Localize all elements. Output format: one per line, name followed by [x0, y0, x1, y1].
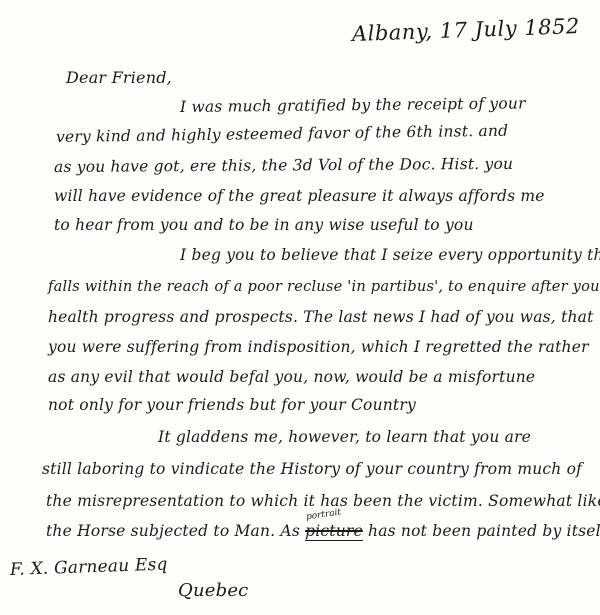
letter-line: to hear from you and to be in any wise u… — [54, 216, 474, 234]
letter-line: the misrepresentation to which it has be… — [46, 492, 600, 510]
letter-line: health progress and prospects. The last … — [48, 308, 594, 326]
addressee-place: Quebec — [178, 580, 248, 601]
handwritten-letter-page: Albany, 17 July 1852 Dear Friend, I was … — [0, 0, 600, 615]
letter-line: still laboring to vindicate the History … — [42, 460, 582, 478]
letter-line: as any evil that would befal you, now, w… — [48, 368, 535, 386]
dateline: Albany, 17 July 1852 — [352, 14, 581, 46]
letter-line: It gladdens me, however, to learn that y… — [158, 428, 531, 446]
letter-line: not only for your friends but for your C… — [48, 396, 416, 414]
letter-line-start: the Horse subjected to Man. As — [46, 522, 300, 540]
letter-line-tail: has not been painted by itself — [368, 522, 600, 540]
letter-line: you were suffering from indisposition, w… — [48, 338, 589, 356]
letter-line: as you have got, ere this, the 3d Vol of… — [54, 155, 513, 176]
letter-line-final: the Horse subjected to Man. As picture h… — [46, 522, 600, 540]
salutation: Dear Friend, — [66, 68, 172, 87]
letter-line: very kind and highly esteemed favor of t… — [56, 122, 508, 146]
letter-line: I beg you to believe that I seize every … — [180, 246, 600, 264]
letter-line: I was much gratified by the receipt of y… — [180, 94, 526, 116]
addressee-name: F. X. Garneau Esq — [10, 555, 168, 580]
letter-line: falls within the reach of a poor recluse… — [48, 278, 600, 295]
letter-line: will have evidence of the great pleasure… — [54, 187, 545, 205]
struck-word: picture — [305, 522, 363, 541]
